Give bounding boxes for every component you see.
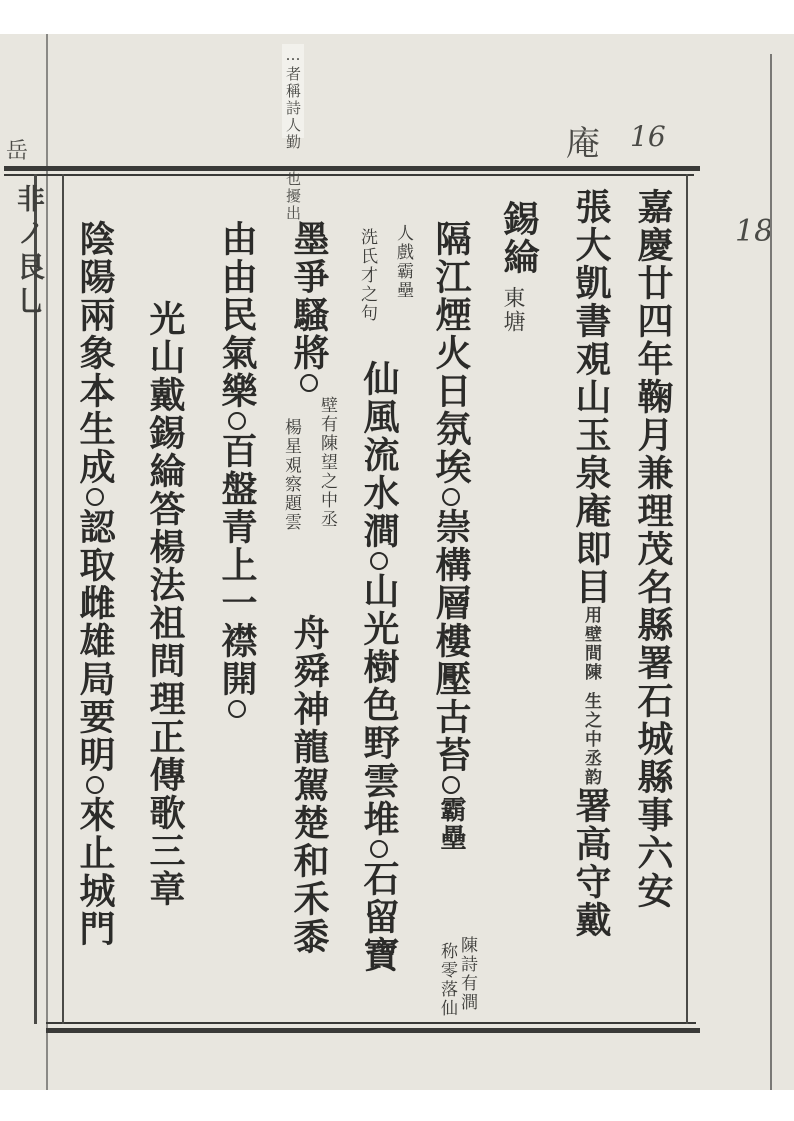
text-column-3: 錫綸 <box>496 200 542 276</box>
col5-main-a: 仙風流水澗 <box>358 360 400 550</box>
left-edge-char: 岳 <box>6 134 28 165</box>
col5-note-right: 人戲霸壘 <box>394 224 412 300</box>
col2-main-a: 張大凱書覌山玉泉庵即目 <box>570 188 612 606</box>
col9-main-c: 來止城門 <box>74 796 116 948</box>
col7-main-a: 由由民氣樂 <box>216 220 258 410</box>
col6-main-a: 墨爭騷將 <box>288 220 330 372</box>
text-column-1: 嘉慶廿四年鞠月兼理茂名縣署石城縣事六安 <box>630 188 676 910</box>
top-border-thin <box>4 174 694 176</box>
col2-note-left: 生之中丞韵 <box>582 692 600 787</box>
top-border-thick <box>4 166 700 171</box>
text-column-2: 張大凱書覌山玉泉庵即目用壁間陳生之中丞韵署高守戴 <box>568 188 614 939</box>
right-page-number: 18 <box>735 214 773 249</box>
bottom-border-thick <box>46 1028 700 1033</box>
folio-mark: 16 <box>630 120 666 153</box>
col4-main-b: 崇構層樓壓古苔 <box>430 508 472 774</box>
col5-note-left: 洗氏才之句 <box>358 228 376 323</box>
col4-main-a: 隔江煙火日氛埃 <box>430 220 472 486</box>
top-note-line-2: 也擾出 <box>284 171 302 222</box>
text-column-9: 陰陽兩象本生成認取雌雄局要明來止城門 <box>72 220 118 948</box>
right-margin-line <box>770 54 772 1090</box>
text-column-6b: 舟舜神龍駕楚和禾黍 <box>286 614 332 956</box>
text-column-8: 光山戴錫綸答楊法祖問理正傳歌三章 <box>142 300 188 908</box>
frame-left-line <box>62 174 64 1024</box>
col9-main-b: 認取雌雄局要明 <box>74 508 116 774</box>
col4-main-c: 霸壘 <box>436 796 466 852</box>
text-column-4: 隔江煙火日氛埃崇構層樓壓古苔霸壘 <box>428 220 474 852</box>
punctuation-circle <box>228 412 246 430</box>
text-column-7: 由由民氣樂百盤青上一襟開 <box>214 220 260 720</box>
frame-right-line <box>686 174 688 1024</box>
punctuation-circle <box>86 488 104 506</box>
punctuation-circle <box>300 374 318 392</box>
punctuation-circle <box>442 776 460 794</box>
left-page-fragment: 非ノ艮乚 <box>6 184 52 320</box>
header-title-char: 庵 <box>566 116 600 165</box>
col9-main-a: 陰陽兩象本生成 <box>74 220 116 486</box>
col4-note-left: 称零落仙 <box>438 942 456 1018</box>
top-margin-note: …者稱詩人勤 也擾出 <box>282 44 304 138</box>
col5-main-c: 石留寶 <box>358 860 400 974</box>
col6-note-right: 壁有陳望之中丞 <box>318 396 336 529</box>
top-note-line-1: …者稱詩人勤 <box>284 46 302 151</box>
col3-note: 東塘 <box>500 286 524 334</box>
text-column-5: 仙風流水澗山光樹色野雲堆石留寶 <box>356 360 402 974</box>
col2-note-right: 用壁間陳 <box>582 606 600 682</box>
text-column-6: 墨爭騷將 <box>286 220 332 394</box>
punctuation-circle <box>86 776 104 794</box>
col5-main-b: 山光樹色野雲堆 <box>358 572 400 838</box>
col7-main-b: 百盤青上一襟開 <box>216 432 258 698</box>
col2-annotation: 用壁間陳生之中丞韵 <box>574 606 614 787</box>
punctuation-circle <box>370 552 388 570</box>
punctuation-circle <box>228 700 246 718</box>
punctuation-circle <box>370 840 388 858</box>
col2-main-b: 署高守戴 <box>570 787 612 939</box>
col6-note-left: 楊星覌察題雲 <box>282 418 300 532</box>
book-page: …者稱詩人勤 也擾出 庵 16 18 岳 非ノ艮乚 嘉慶廿四年鞠月兼理茂名縣署石… <box>0 34 794 1090</box>
bottom-border-thin <box>46 1022 696 1024</box>
col4-note-right: 陳詩有澗 <box>458 936 476 1012</box>
col3-main: 錫綸 <box>498 200 540 276</box>
punctuation-circle <box>442 488 460 506</box>
